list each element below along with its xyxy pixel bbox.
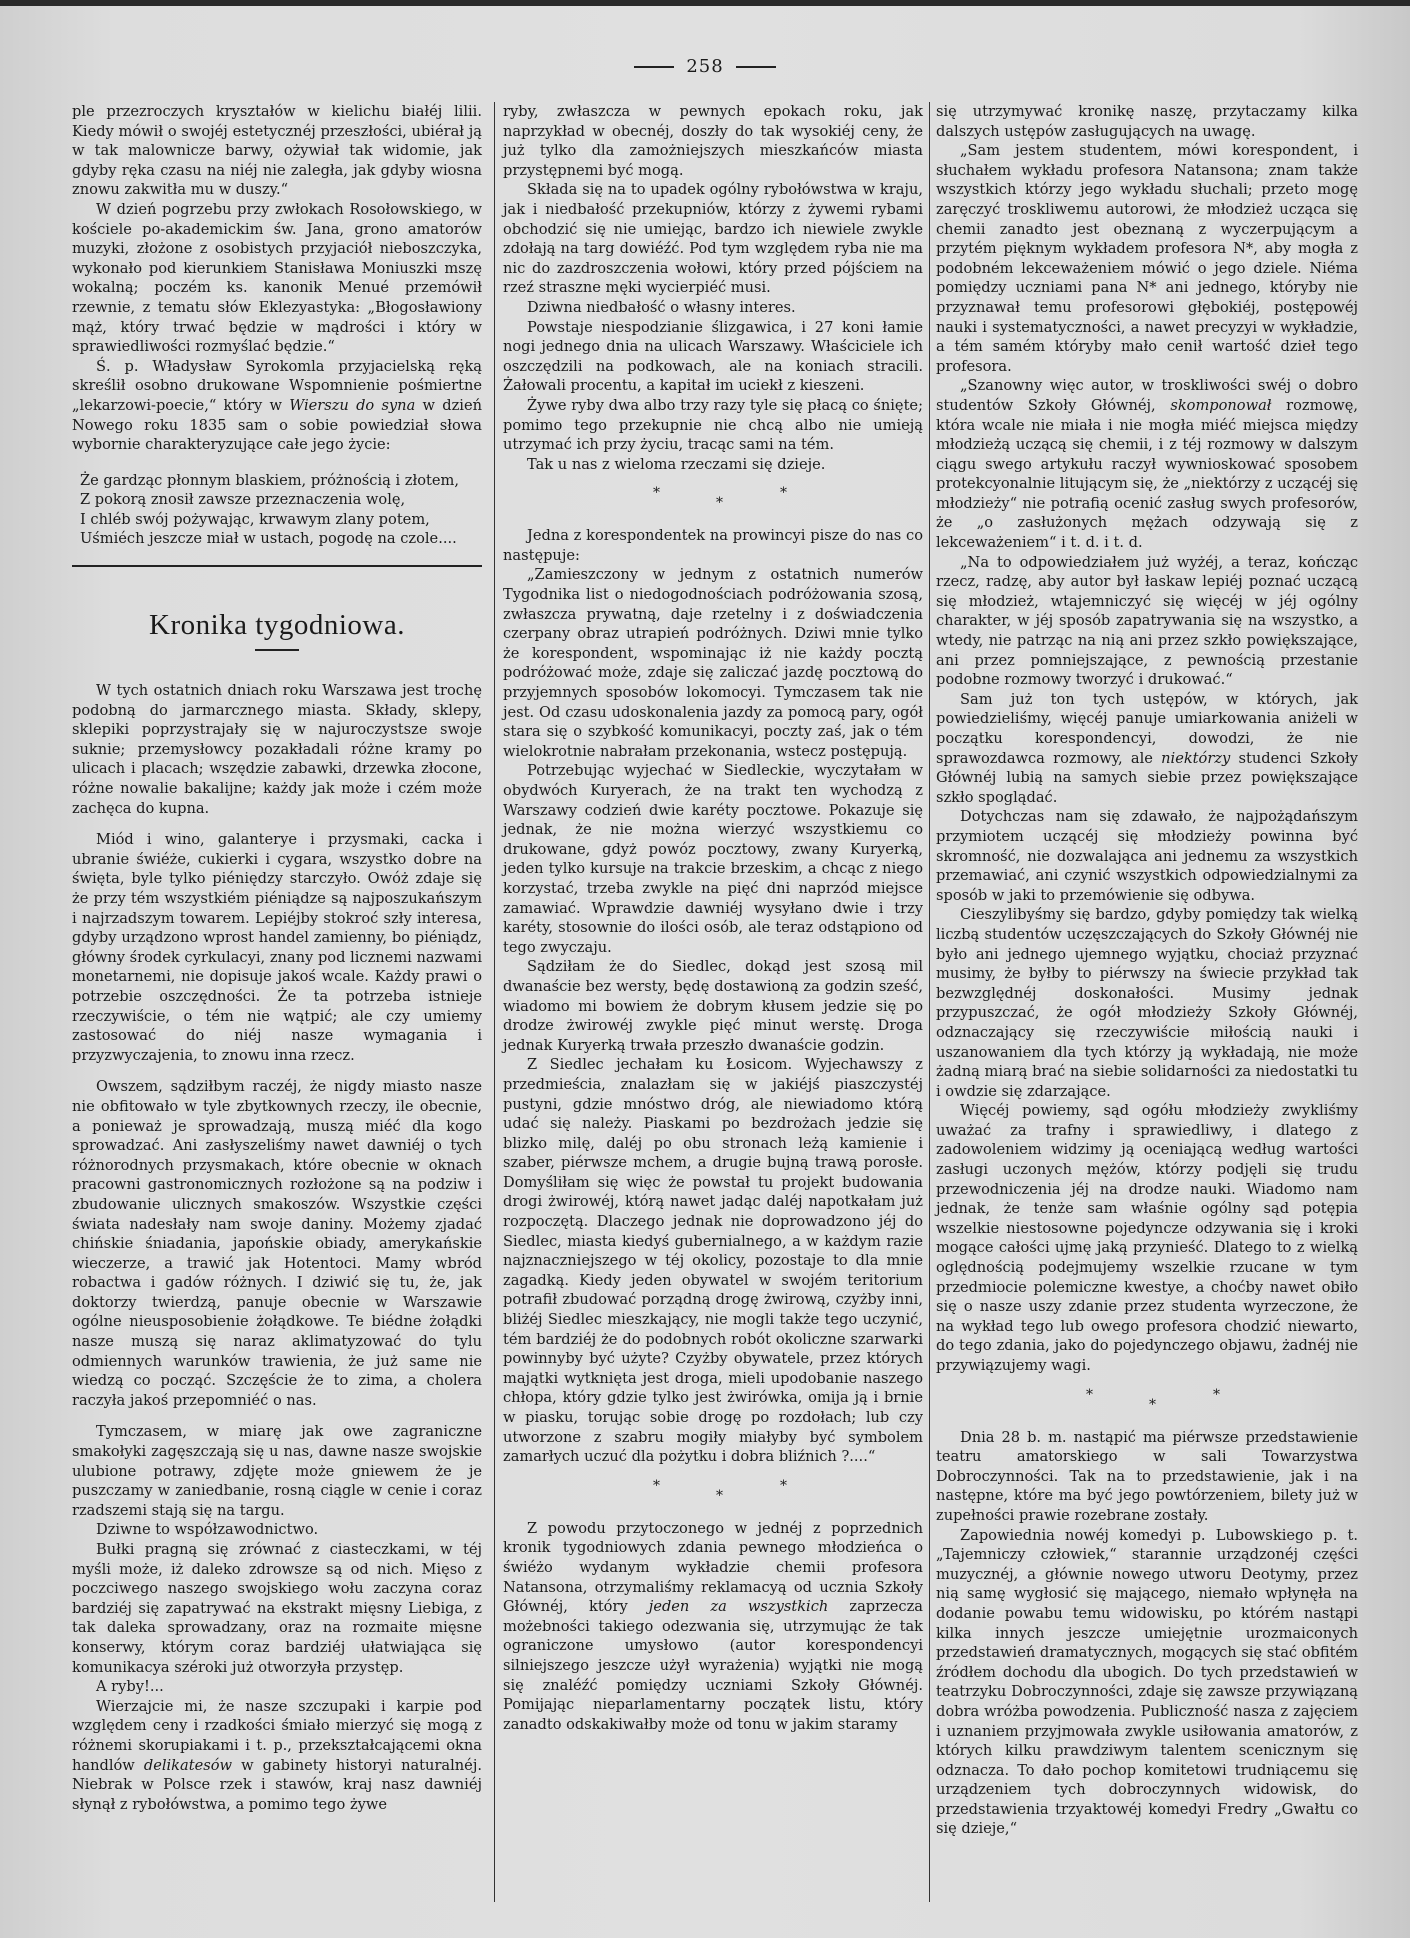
- poem-line: Że gardząc płonnym blaskiem, próżnością …: [80, 471, 482, 491]
- italic-word: niektórzy: [1161, 750, 1230, 767]
- section-title: Kronika tygodniowa.: [72, 607, 482, 643]
- poem-line: Z pokorą znosił zawsze przeznaczenia wol…: [80, 490, 482, 510]
- paragraph: A ryby!...: [72, 1677, 482, 1697]
- paragraph: „Szanowny więc autor, w troskliwości swé…: [936, 376, 1358, 552]
- paragraph: się utrzymywać kronikę naszę, przytaczam…: [936, 102, 1358, 141]
- paragraph: W dzień pogrzebu przy zwłokach Rosołowsk…: [72, 200, 482, 357]
- poem-line: I chléb swój pożywając, krwawym zlany po…: [80, 510, 482, 530]
- italic-word: delikatesów: [144, 1757, 232, 1774]
- paragraph: Ś. p. Władysław Syrokomla przyjacielską …: [72, 357, 482, 455]
- paragraph: W tych ostatnich dniach roku Warszawa je…: [72, 681, 482, 818]
- paragraph: Owszem, sądziłbym raczéj, że nigdy miast…: [72, 1077, 482, 1410]
- italic-title: Wierszu do syna: [289, 397, 415, 414]
- paragraph: Powstaje niespodzianie ślizgawica, i 27 …: [503, 318, 923, 396]
- italic-word: skomponował: [1170, 397, 1271, 414]
- paragraph: Sądziłam że do Siedlec, dokąd jest szosą…: [503, 957, 923, 1055]
- paragraph: Zapowiednia nowéj komedyi p. Lubowskiego…: [936, 1526, 1358, 1840]
- asterisk: *: [780, 1477, 787, 1497]
- paragraph: „Sam jestem studentem, mówi korespondent…: [936, 141, 1358, 376]
- title-underline: [255, 649, 299, 651]
- asterism-separator: * * *: [503, 480, 923, 520]
- asterisk: *: [1149, 1396, 1156, 1416]
- column-rule-1: [494, 102, 495, 1902]
- column-rule-2: [929, 102, 930, 1902]
- paragraph: Dziwne to współzawodnictwo.: [72, 1520, 482, 1540]
- paragraph: Dotychczas nam się zdawało, że najpożąda…: [936, 807, 1358, 905]
- paragraph: Składa się na to upadek ogólny rybołówst…: [503, 180, 923, 298]
- column-2: ryby, zwłaszcza w pewnych epokach roku, …: [503, 102, 923, 1734]
- text: zaprzecza możebności takiego odezwania s…: [503, 1598, 923, 1733]
- page-number: 258: [0, 56, 1410, 77]
- paragraph: Cieszylibyśmy się bardzo, gdyby pomiędzy…: [936, 905, 1358, 1101]
- poem-quote: Że gardząc płonnym blaskiem, próżnością …: [80, 471, 482, 549]
- asterisk: *: [780, 484, 787, 504]
- paragraph: Z powodu przytoczonego w jednéj z poprze…: [503, 1519, 923, 1735]
- asterisk: *: [653, 1477, 660, 1497]
- paragraph: Jedna z korespondentek na prowincyi pisz…: [503, 526, 923, 565]
- paragraph: Miód i wino, galanterye i przysmaki, cac…: [72, 830, 482, 1065]
- newspaper-page: 258 ple przezroczych kryształów w kielic…: [0, 6, 1410, 1938]
- asterisk: *: [1213, 1386, 1220, 1406]
- poem-line: Uśmiéch jeszcze miał w ustach, pogodę na…: [80, 529, 482, 549]
- dash-right: [736, 66, 776, 68]
- dash-left: [634, 66, 674, 68]
- column-1: ple przezroczych kryształów w kielichu b…: [72, 102, 482, 1814]
- section-divider: [72, 565, 482, 567]
- italic-phrase: jeden za wszystkich: [649, 1598, 829, 1615]
- paragraph: Sam już ton tych ustępów, w których, jak…: [936, 690, 1358, 808]
- page-number-text: 258: [686, 56, 723, 77]
- asterisk: *: [653, 484, 660, 504]
- asterisk: *: [716, 1487, 723, 1507]
- paragraph: Bułki pragną się zrównać z ciasteczkami,…: [72, 1540, 482, 1677]
- asterism-separator: * * *: [936, 1382, 1358, 1422]
- asterisk: *: [1086, 1386, 1093, 1406]
- paragraph: Tak u nas z wieloma rzeczami się dzieje.: [503, 455, 923, 475]
- paragraph: Z Siedlec jechałam ku Łosicom. Wyjechaws…: [503, 1055, 923, 1466]
- column-3: się utrzymywać kronikę naszę, przytaczam…: [936, 102, 1358, 1839]
- paragraph: Dziwna niedbałość o własny interes.: [503, 298, 923, 318]
- paragraph: Tymczasem, w miarę jak owe zagraniczne s…: [72, 1422, 482, 1520]
- paragraph: Dnia 28 b. m. nastąpić ma piérwsze przed…: [936, 1428, 1358, 1526]
- paragraph: ryby, zwłaszcza w pewnych epokach roku, …: [503, 102, 923, 180]
- text: rozmowę, która wcale nie miała i nie mog…: [936, 397, 1358, 551]
- asterisk: *: [716, 494, 723, 514]
- paragraph: Żywe ryby dwa albo trzy razy tyle się pł…: [503, 396, 923, 455]
- asterism-separator: * * *: [503, 1473, 923, 1513]
- paragraph: Wierzajcie mi, że nasze szczupaki i karp…: [72, 1697, 482, 1815]
- paragraph: Potrzebując wyjechać w Siedleckie, wyczy…: [503, 761, 923, 957]
- paragraph: „Na to odpowiedziałem już wyżéj, a teraz…: [936, 553, 1358, 690]
- paragraph: ple przezroczych kryształów w kielichu b…: [72, 102, 482, 200]
- paragraph: Więcéj powiemy, sąd ogółu młodzieży zwyk…: [936, 1101, 1358, 1375]
- paragraph: „Zamieszczony w jednym z ostatnich numer…: [503, 565, 923, 761]
